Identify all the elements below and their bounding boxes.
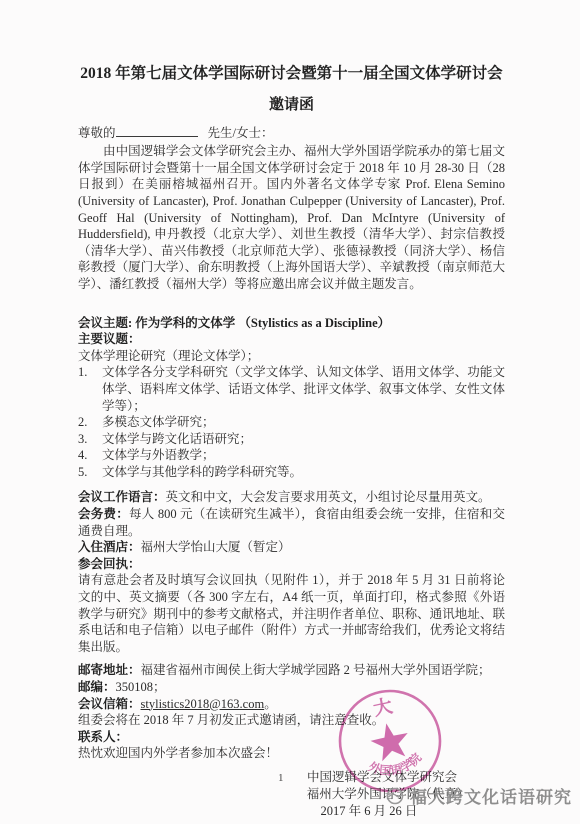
conference-email: stylistics2018@163.com <box>141 697 265 711</box>
topics-intro: 文体学理论研究（理论文体学）； <box>78 348 505 365</box>
topic-text: 多模态文体学研究； <box>102 414 505 431</box>
fee-line: 会务费：每人 800 元（在读研究生减半），食宿由组委会统一安排，住宿和交通费自… <box>78 506 505 539</box>
greeting-suffix: 先生/女士： <box>208 126 274 140</box>
topic-text: 文体学各分支学科研究（文学文体学、认知文体学、语用文体学、功能文体学、语料库文体… <box>102 364 505 414</box>
hotel-label: 入住酒店： <box>78 540 141 554</box>
watermark-globe-icon <box>385 786 405 806</box>
scanned-invitation-letter: 2018 年第七届文体学国际研讨会暨第十一届全国文体学研讨会 邀请函 尊敬的先生… <box>0 0 580 824</box>
letter-body: 2018 年第七届文体学国际研讨会暨第十一届全国文体学研讨会 邀请函 尊敬的先生… <box>78 64 505 819</box>
topic-number: 5. <box>78 464 102 481</box>
committee-note: 组委会将在 2018 年 7 月初发正式邀请函，请注意查收。 <box>78 712 505 729</box>
reply-paragraph: 请有意赴会者及时填写会议回执（见附件 1），并于 2018 年 5 月 31 日… <box>78 572 505 655</box>
working-language-line: 会议工作语言：英文和中文，大会发言要求用英文，小组讨论尽量用英文。 <box>78 489 505 506</box>
greeting-line: 尊敬的先生/女士： <box>78 124 505 142</box>
email-label: 会议信箱： <box>78 697 141 711</box>
email-suffix: 。 <box>264 697 277 711</box>
topic-item-4: 4. 文体学与外语教学； <box>78 447 505 464</box>
topic-number: 2. <box>78 414 102 431</box>
welcome-line: 热忱欢迎国内外学者参加本次盛会！ <box>78 745 505 762</box>
topic-number: 3. <box>78 431 102 448</box>
zip-label: 邮编： <box>78 680 116 694</box>
fee-label: 会务费： <box>78 507 129 521</box>
email-line: 会议信箱：stylistics2018@163.com。 <box>78 696 505 713</box>
main-topics-heading: 主要议题： <box>78 331 505 348</box>
page-number: 1 <box>278 772 284 784</box>
conference-details: 会议工作语言：英文和中文，大会发言要求用英文，小组讨论尽量用英文。 会务费：每人… <box>78 489 505 655</box>
name-blank-underline <box>116 124 198 137</box>
conference-theme-heading: 会议主题: 作为学科的文体学 （Stylistics as a Discipli… <box>78 315 505 332</box>
mailing-address-line: 邮寄地址：福建省福州市闽侯上街大学城学园路 2 号福州大学外国语学院； <box>78 662 505 679</box>
contact-label: 联系人： <box>78 729 505 746</box>
topic-item-5: 5. 文体学与其他学科的跨学科研究等。 <box>78 464 505 481</box>
topic-item-1: 1. 文体学各分支学科研究（文学文体学、认知文体学、语用文体学、功能文体学、语料… <box>78 364 505 414</box>
intro-paragraph: 由中国逻辑学会文体学研究会主办、福州大学外国语学院承办的第七届文体学国际研讨会暨… <box>78 143 505 292</box>
topic-number: 4. <box>78 447 102 464</box>
watermark: 福大跨文化话语研究 <box>385 783 572 808</box>
topic-text: 文体学与跨文化话语研究； <box>102 431 505 448</box>
zip-text: 350108； <box>116 680 166 694</box>
mailing-address-label: 邮寄地址： <box>78 663 141 677</box>
working-language-text: 英文和中文，大会发言要求用英文，小组讨论尽量用英文。 <box>166 490 491 504</box>
watermark-text: 福大跨文化话语研究 <box>410 783 572 808</box>
zip-line: 邮编：350108； <box>78 679 505 696</box>
hotel-text: 福州大学怡山大厦（暂定） <box>141 540 291 554</box>
mailing-info: 邮寄地址：福建省福州市闽侯上街大学城学园路 2 号福州大学外国语学院； 邮编：3… <box>78 662 505 762</box>
hotel-line: 入住酒店：福州大学怡山大厦（暂定） <box>78 539 505 556</box>
document-title: 2018 年第七届文体学国际研讨会暨第十一届全国文体学研讨会 <box>78 64 505 84</box>
working-language-label: 会议工作语言： <box>78 490 166 504</box>
topic-number: 1. <box>78 364 102 414</box>
mailing-address-text: 福建省福州市闽侯上街大学城学园路 2 号福州大学外国语学院； <box>141 663 491 677</box>
document-subtitle: 邀请函 <box>78 97 505 114</box>
topic-text: 文体学与外语教学； <box>102 447 505 464</box>
reply-heading: 参会回执： <box>78 556 505 573</box>
topic-item-3: 3. 文体学与跨文化话语研究； <box>78 431 505 448</box>
topic-item-2: 2. 多模态文体学研究； <box>78 414 505 431</box>
fee-text: 每人 800 元（在读研究生减半），食宿由组委会统一安排，住宿和交通费自理。 <box>78 507 505 538</box>
topic-text: 文体学与其他学科的跨学科研究等。 <box>102 464 505 481</box>
greeting-prefix: 尊敬的 <box>78 126 116 140</box>
